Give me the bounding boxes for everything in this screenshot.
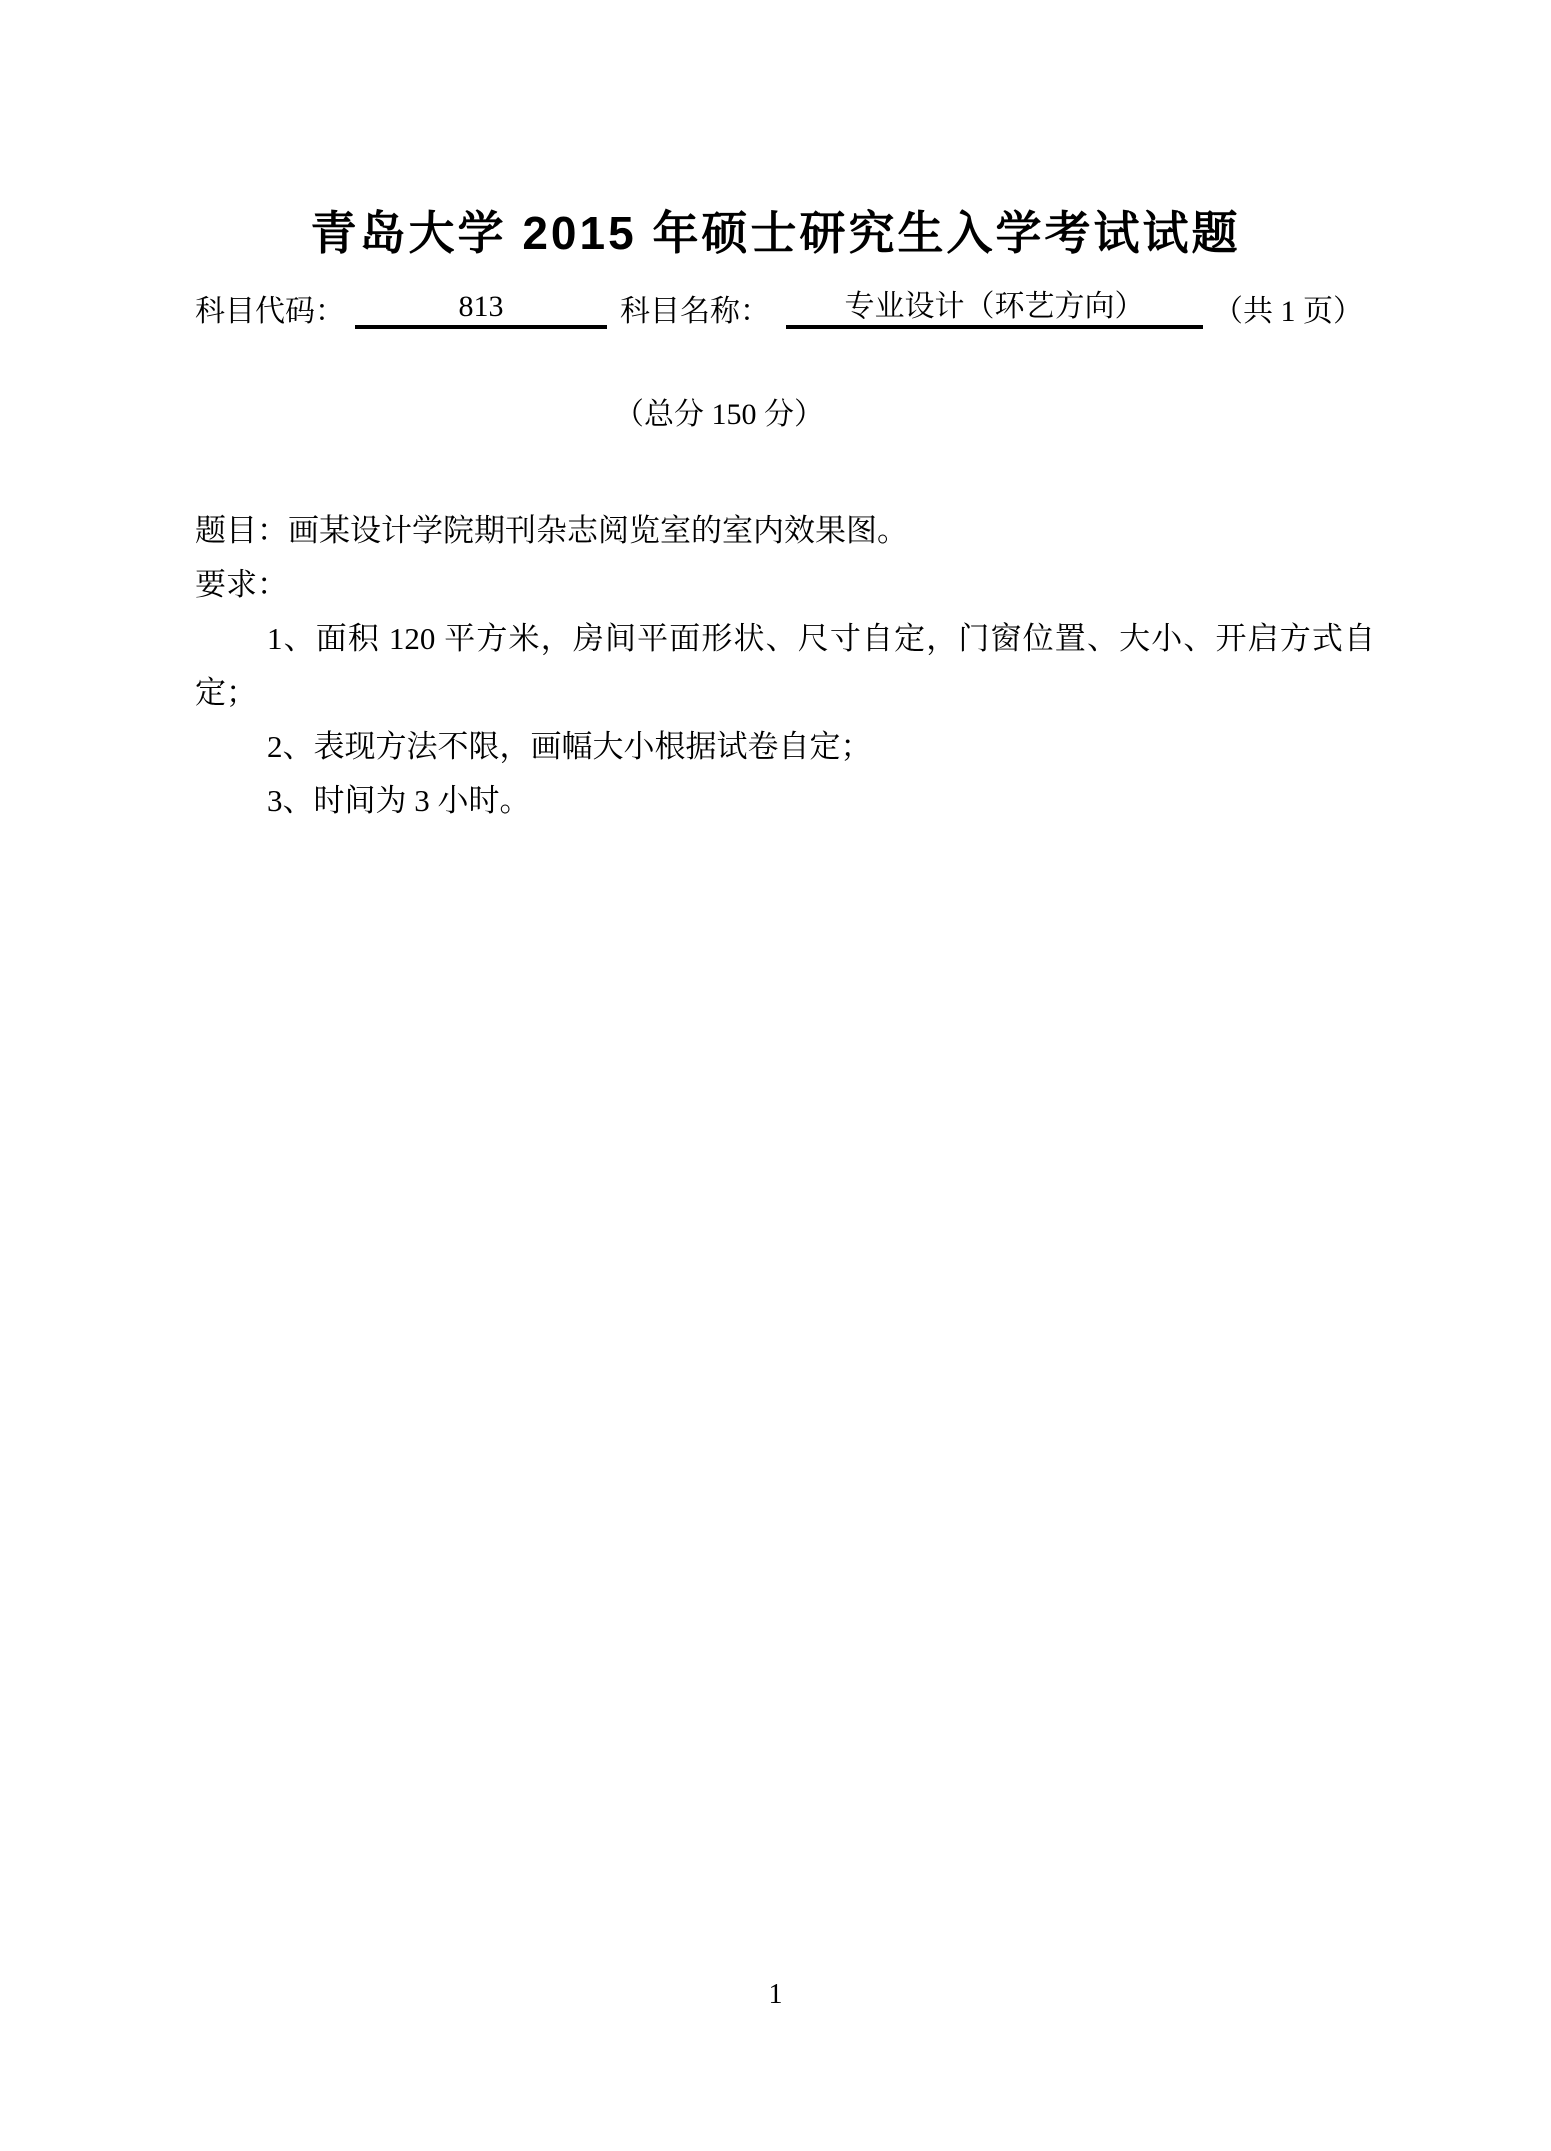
subject-code-label: 科目代码：: [195, 295, 345, 329]
requirements-label: 要求：: [195, 558, 1375, 612]
requirement-item-1: 1、面积 120 平方米，房间平面形状、尺寸自定，门窗位置、大小、开启方式自定；: [195, 612, 1375, 720]
subject-name-value: 专业设计（环艺方向）: [786, 290, 1203, 329]
subject-name-label: 科目名称：: [620, 295, 770, 329]
exam-paper-page: 青岛大学 2015 年硕士研究生入学考试试题 科目代码： 813 科目名称： 专…: [0, 0, 1551, 2151]
requirement-item-2: 2、表现方法不限，画幅大小根据试卷自定；: [195, 720, 1375, 774]
page-number: 1: [0, 1978, 1551, 2012]
exam-body: 题目：画某设计学院期刊杂志阅览室的室内效果图。 要求： 1、面积 120 平方米…: [195, 504, 1375, 828]
total-pages-note: （共 1 页）: [1213, 295, 1363, 329]
topic-line: 题目：画某设计学院期刊杂志阅览室的室内效果图。: [195, 504, 1375, 558]
subject-row: 科目代码： 813 科目名称： 专业设计（环艺方向） （共 1 页）: [195, 290, 1363, 329]
requirement-item-3: 3、时间为 3 小时。: [195, 774, 1375, 828]
subject-code-value: 813: [355, 290, 607, 329]
page-title: 青岛大学 2015 年硕士研究生入学考试试题: [0, 208, 1551, 258]
total-score-line: （总分 150 分）: [614, 396, 824, 434]
